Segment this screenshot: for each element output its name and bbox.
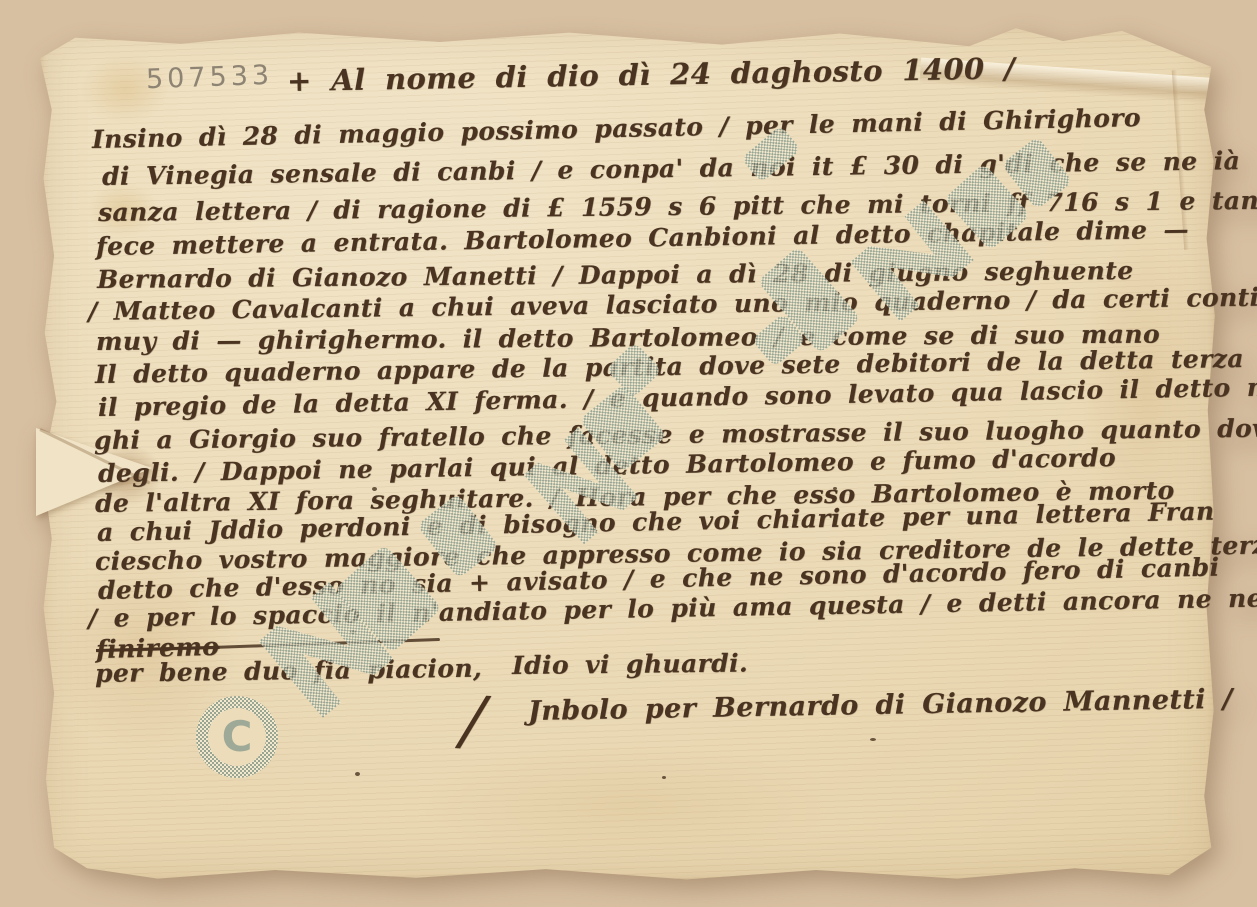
ink-speck: [662, 776, 666, 779]
ink-speck: [622, 472, 626, 475]
ink-speck: [833, 487, 837, 490]
paper-stain: [420, 744, 840, 864]
copyright-watermark-icon: [196, 696, 278, 778]
ink-speck: [870, 738, 876, 741]
manuscript-closing-right: Idio vi ghuardi.: [512, 650, 748, 680]
archival-number-pencil: 507533: [145, 60, 273, 95]
scan-area: 507533 + Al nome di dio dì 24 daghosto 1…: [0, 0, 1257, 907]
ink-speck: [355, 772, 360, 776]
ink-speck: [372, 487, 377, 491]
signature-slash: /: [460, 687, 487, 754]
